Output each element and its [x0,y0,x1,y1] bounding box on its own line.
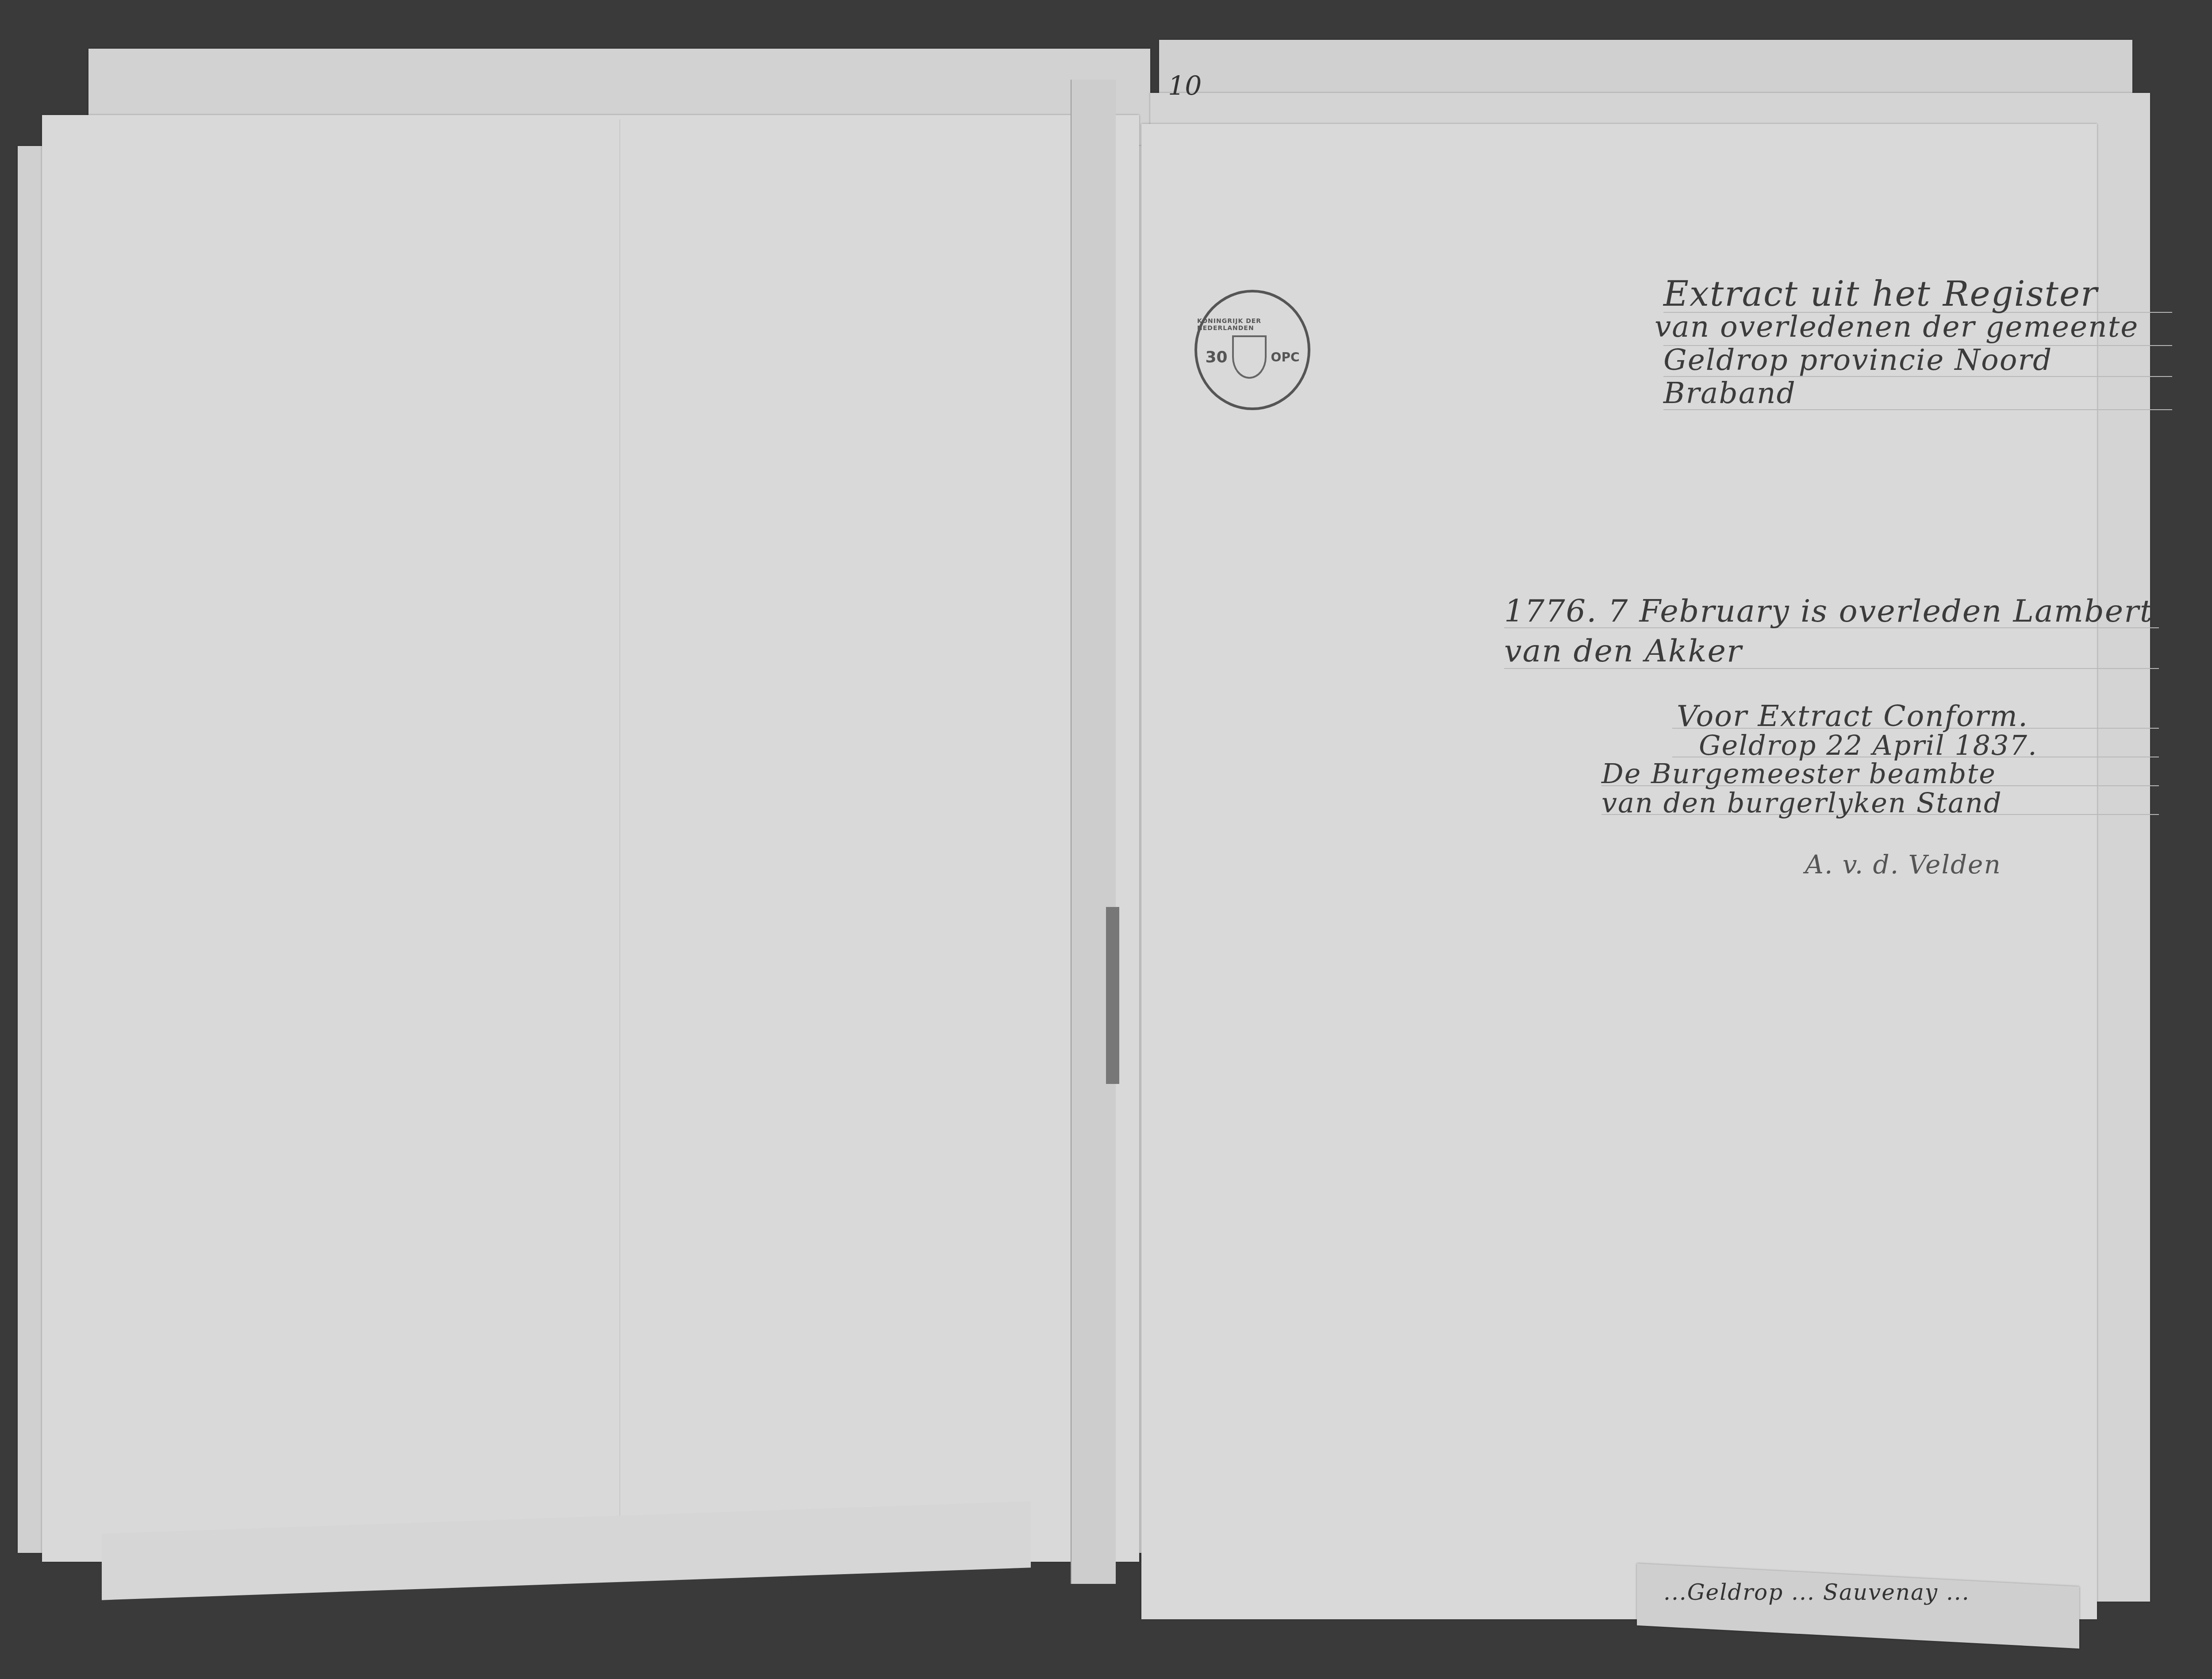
heading-line-3: Geldrop provincie Noord [1663,343,2052,377]
stamp-left-value: 30 [1206,348,1228,366]
stamp-ring-text: KONINGRIJK DER NEDERLANDEN [1197,318,1308,332]
tax-stamp: KONINGRIJK DER NEDERLANDEN 30 OPC [1194,290,1310,410]
entry-line-2: van den Akker [1504,633,1742,669]
stamp-right-value: OPC [1271,350,1300,365]
underlying-sheet-text: ...Geldrop ... Sauvenay ... [1663,1579,1970,1605]
certification-line-3: De Burgemeester beambte [1601,757,1996,790]
coat-of-arms-icon [1232,335,1267,379]
left-page-fold [619,119,620,1535]
entry-line-1: 1776. 7 February is overleden Lambert [1504,593,2153,629]
folio-number: 10 [1168,71,1202,102]
certification-line-4: van den burgerlyken Stand [1601,787,2002,819]
certification-line-2: Geldrop 22 April 1837. [1699,729,2038,761]
signature: A. v. d. Velden [1805,849,2001,880]
spine-edges [1071,80,1116,1584]
heading-line-4: Braband [1663,376,1796,410]
heading-line-2: van overledenen der gemeente [1655,310,2139,344]
certification-line-1: Voor Extract Conform. [1677,699,2028,733]
spine-dark-strip [1106,907,1119,1084]
left-page [42,115,1139,1562]
heading-line-1: Extract uit het Register [1663,274,2098,314]
